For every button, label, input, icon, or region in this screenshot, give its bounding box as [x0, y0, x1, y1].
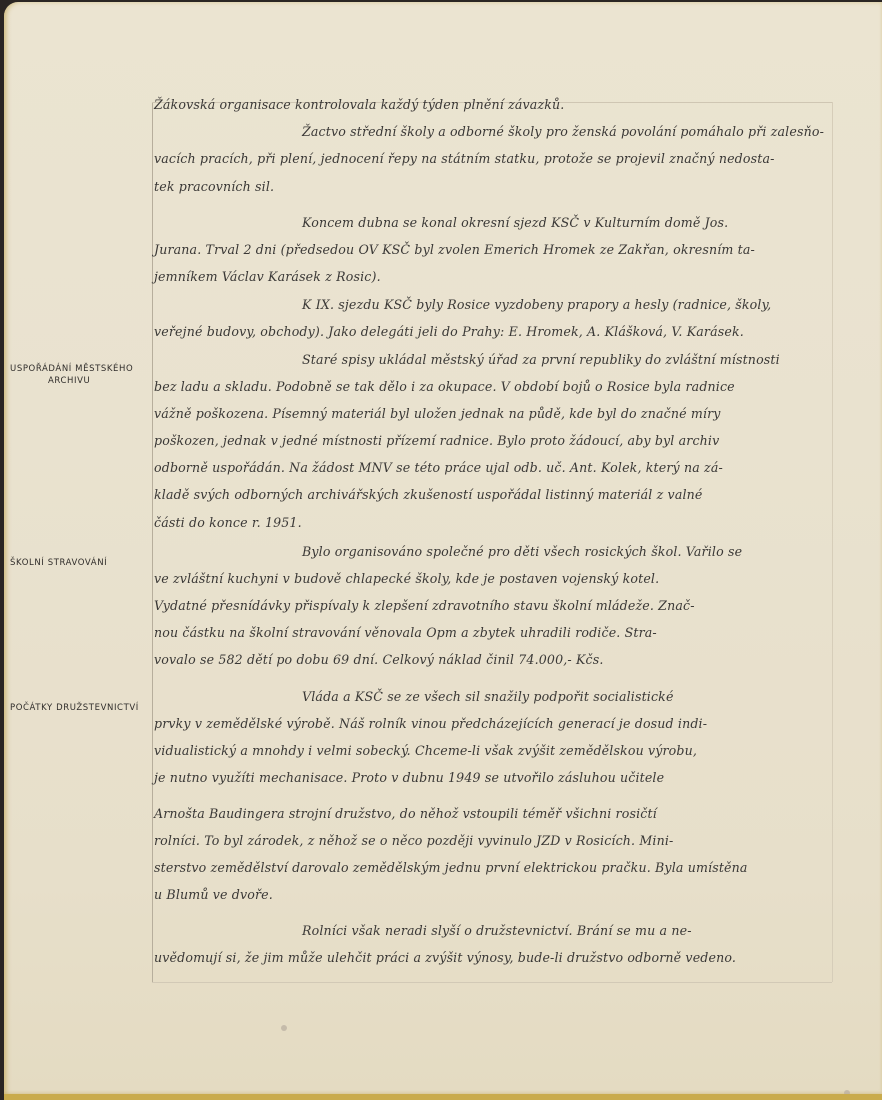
text-line: odborně uspořádán. Na žádost MNV se této… — [154, 460, 723, 488]
text-line: Jurana. Trval 2 dni (předsedou OV KSČ by… — [154, 242, 755, 270]
margin-note-label: Školní stravování — [10, 558, 107, 568]
text-line: bez ladu a skladu. Podobně se tak dělo i… — [154, 379, 735, 407]
margin-rule-line — [152, 102, 153, 982]
text-line: je nutno využíti mechanisace. Proto v du… — [154, 770, 664, 798]
text-line: vacích pracích, při plení, jednocení řep… — [154, 151, 775, 179]
page-gilt-edge — [4, 1094, 882, 1100]
margin-note-label: Počátky družstevnictví — [10, 703, 139, 713]
margin-note-archive: Uspořádání městského archivu — [10, 363, 133, 387]
text-line: Žactvo střední školy a odborné školy pro… — [302, 124, 824, 152]
text-line: vidualistický a mnohdy i velmi sobecký. … — [154, 743, 697, 771]
text-line: Koncem dubna se konal okresní sjezd KSČ … — [302, 215, 728, 243]
text-line: K IX. sjezdu KSČ byly Rosice vyzdobeny p… — [302, 297, 771, 325]
paper-stain — [281, 1025, 287, 1031]
margin-note-cooperatives: Počátky družstevnictví — [10, 702, 139, 714]
chronicle-page: Uspořádání městského archivu Školní stra… — [4, 2, 882, 1096]
margin-note-label: Uspořádání městského — [10, 364, 133, 374]
right-frame-line — [832, 102, 833, 982]
text-line: nou částku na školní stravování věnovala… — [154, 625, 657, 653]
text-line: vážně poškozena. Písemný materiál byl ul… — [154, 406, 721, 434]
text-line: kladě svých odborných archivářských zkuš… — [154, 487, 703, 515]
text-line: rolníci. To byl zárodek, z něhož se o ně… — [154, 833, 673, 861]
text-line: Rolníci však neradi slyší o družstevnict… — [302, 923, 692, 951]
text-line: Vydatné přesnídávky přispívaly k zlepšen… — [154, 598, 695, 626]
text-line: vovalo se 582 dětí po dobu 69 dní. Celko… — [154, 652, 603, 680]
text-line: veřejné budovy, obchody). Jako delegáti … — [154, 324, 744, 352]
text-line: Žákovská organisace kontrolovala každý t… — [154, 97, 564, 125]
text-line: ve zvláštní kuchyni v budově chlapecké š… — [154, 571, 659, 599]
text-line: Staré spisy ukládal městský úřad za prvn… — [302, 352, 780, 380]
text-line: uvědomují si, že jim může ulehčit práci … — [154, 950, 736, 978]
text-line: jemníkem Václav Karásek z Rosic). — [154, 269, 381, 297]
text-line: Bylo organisováno společné pro děti všec… — [302, 544, 742, 572]
text-line: poškozen, jednak v jedné místnosti příze… — [154, 433, 719, 461]
text-line: Arnošta Baudingera strojní družstvo, do … — [154, 806, 657, 834]
text-line: Vláda a KSČ se ze všech sil snažily podp… — [302, 689, 674, 717]
margin-note-school-meals: Školní stravování — [10, 557, 107, 569]
text-line: části do konce r. 1951. — [154, 515, 302, 543]
text-line: prvky v zemědělské výrobě. Náš rolník vi… — [154, 716, 707, 744]
text-line: u Blumů ve dvoře. — [154, 887, 273, 915]
text-line: sterstvo zemědělství darovalo zemědělský… — [154, 860, 748, 888]
margin-note-sublabel: archivu — [10, 375, 133, 387]
bottom-frame-line — [152, 982, 832, 983]
text-line: tek pracovních sil. — [154, 179, 274, 207]
